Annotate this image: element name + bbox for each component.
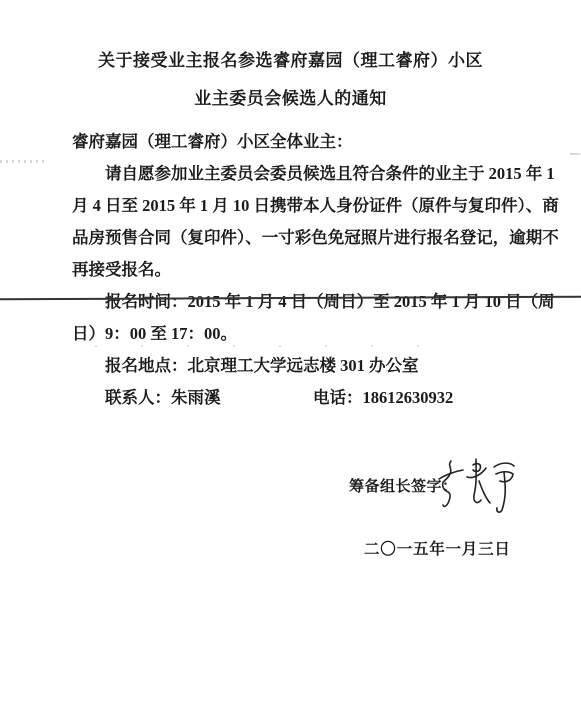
contact-phone: 电话：18612630932 xyxy=(280,382,453,414)
body-line-4: 再接受报名。 xyxy=(72,254,512,286)
document-title: 关于接受业主报名参选睿府嘉园（理工睿府）小区 业主委员会候选人的通知 xyxy=(0,42,581,118)
scan-speckle-artifact xyxy=(95,345,440,347)
scan-speckle-artifact xyxy=(570,153,580,155)
scan-speckle-artifact xyxy=(0,160,48,163)
salutation: 睿府嘉园（理工睿府）小区全体业主： xyxy=(72,126,512,158)
contact-line: 联系人：朱雨溪 电话：18612630932 xyxy=(72,382,512,414)
body-line-2: 月 4 日至 2015 年 1 月 10 日携带本人身份证件（原件与复印件）、商 xyxy=(72,190,512,222)
title-line-2: 业主委员会候选人的通知 xyxy=(0,80,581,118)
title-line-1: 关于接受业主报名参选睿府嘉园（理工睿府）小区 xyxy=(0,42,581,80)
signature-stroke-1 xyxy=(443,461,451,506)
contact-person: 联系人：朱雨溪 xyxy=(105,388,221,407)
document-date: 二〇一五年一月三日 xyxy=(364,537,511,559)
signature-stroke-7 xyxy=(494,463,514,467)
document-body: 睿府嘉园（理工睿府）小区全体业主： 请自愿参加业主委员会委员候选且符合条件的业主… xyxy=(72,126,512,414)
scanned-notice-page: 关于接受业主报名参选睿府嘉园（理工睿府）小区 业主委员会候选人的通知 睿府嘉园（… xyxy=(0,0,581,715)
signature-stroke-9 xyxy=(497,472,505,512)
handwritten-signature xyxy=(436,455,516,515)
body-line-3: 品房预售合同（复印件）、一寸彩色免冠照片进行报名登记，逾期不 xyxy=(72,222,512,254)
body-line-1: 请自愿参加业主委员会委员候选且符合条件的业主于 2015 年 1 xyxy=(72,158,512,190)
registration-place-line: 报名地点：北京理工大学远志楼 301 办公室 xyxy=(72,350,512,382)
registration-time-line-1: 报名时间：2015 年 1 月 4 日（周日）至 2015 年 1 月 10 日… xyxy=(72,286,512,318)
